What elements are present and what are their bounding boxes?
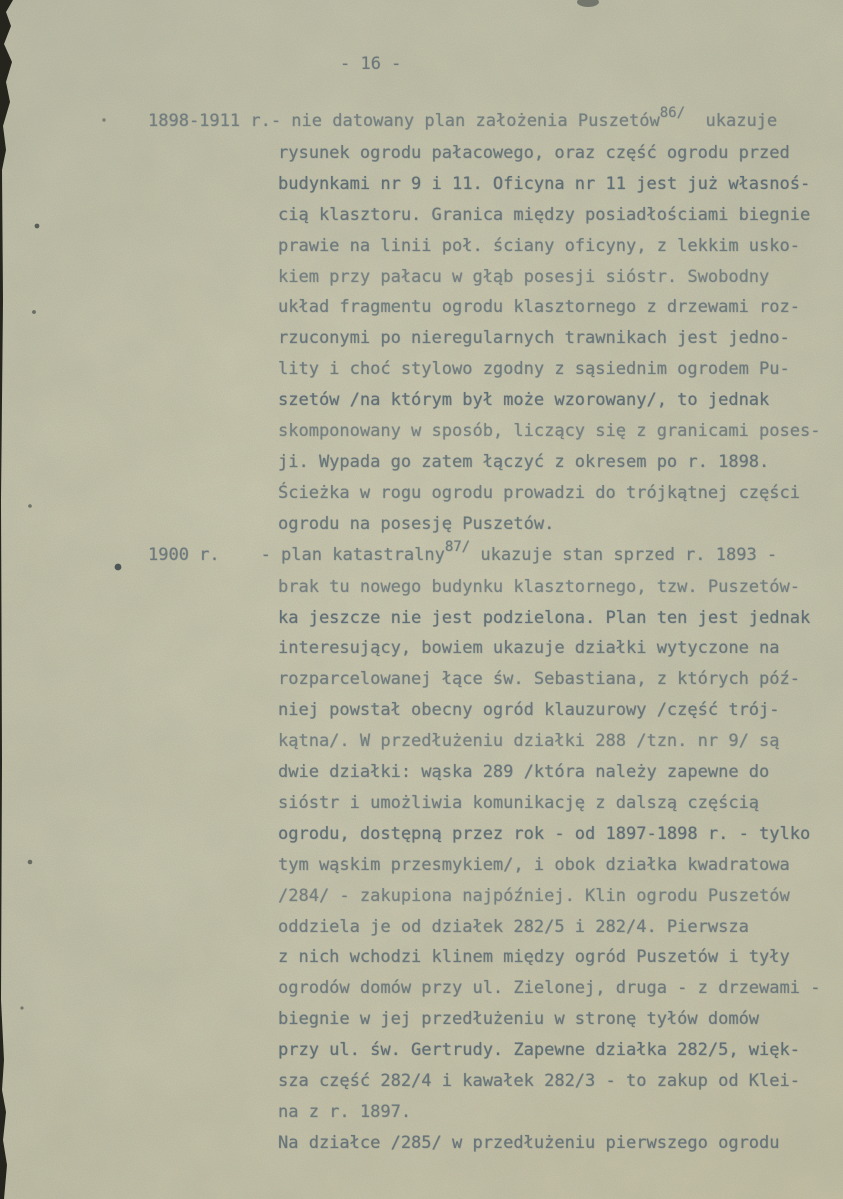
text-line: rzuconymi po nieregularnych trawnikach j… <box>148 323 843 354</box>
entry-date-and-text: 1900 r. - plan katastralny <box>148 545 445 565</box>
entry-text: ukazuje stan sprzed r. 1893 - <box>470 545 777 565</box>
text-line: prawie na linii poł. ściany oficyny, z l… <box>148 231 843 262</box>
text-line: rozparcelowanej łące św. Sebastiana, z k… <box>148 664 843 695</box>
text-line: sza część 282/4 i kawałek 282/3 - to zak… <box>148 1066 843 1097</box>
text-line: z nich wchodzi klinem między ogród Pusze… <box>148 942 843 973</box>
text-line: dwie działki: wąska 289 /która należy za… <box>148 757 843 788</box>
text-line: ogrodu, dostępną przez rok - od 1897-189… <box>148 819 843 850</box>
text-line: ogrodów domów przy ul. Zielonej, druga -… <box>148 973 843 1004</box>
footnote-ref: 87/ <box>445 532 470 563</box>
text-line: interesujący, bowiem ukazuje działki wyt… <box>148 633 843 664</box>
ink-speck <box>32 310 36 314</box>
text-line: skomponowany w sposób, liczący się z gra… <box>148 416 843 447</box>
text-line: ogrodu na posesję Puszetów. <box>148 509 843 540</box>
text-line: przy ul. św. Gertrudy. Zapewne działka 2… <box>148 1035 843 1066</box>
text-line: /284/ - zakupiona najpóźniej. Klin ogrod… <box>148 881 843 912</box>
ink-blot-top <box>577 0 599 7</box>
ink-speck <box>20 1006 23 1009</box>
text-line: na z r. 1897. <box>148 1097 843 1128</box>
text-line: ji. Wypada go zatem łączyć z okresem po … <box>148 447 843 478</box>
text-line: biegnie w jej przedłużeniu w stronę tyłó… <box>148 1004 843 1035</box>
ink-speck <box>115 564 122 571</box>
text-line: brak tu nowego budynku klasztornego, tzw… <box>148 572 843 603</box>
typewritten-text: 1898-1911 r.- nie datowany plan założeni… <box>148 106 843 1159</box>
entry-text: ukazuje <box>685 111 777 131</box>
ink-speck <box>28 504 32 508</box>
text-line: rysunek ogrodu pałacowego, oraz część og… <box>148 138 843 169</box>
ink-speck <box>35 224 40 229</box>
text-line: budynkami nr 9 i 11. Oficyna nr 11 jest … <box>148 169 843 200</box>
text-line: układ fragmentu ogrodu klasztornego z dr… <box>148 292 843 323</box>
text-line: 1900 r. - plan katastralny87/ ukazuje st… <box>148 540 843 572</box>
text-line: cią klasztoru. Granica między posiadłośc… <box>148 200 843 231</box>
text-line: sióstr i umożliwia komunikację z dalszą … <box>148 788 843 819</box>
text-line: kiem przy pałacu w głąb posesji sióstr. … <box>148 262 843 293</box>
torn-edge <box>0 0 13 1199</box>
footnote-ref: 86/ <box>660 98 685 129</box>
ink-speck <box>28 860 33 865</box>
text-line: szetów /na którym był może wzorowany/, t… <box>148 385 843 416</box>
text-line: niej powstał obecny ogród klauzurowy /cz… <box>148 695 843 726</box>
ink-speck <box>102 118 105 121</box>
scanned-page: - 16 - 1898-1911 r.- nie datowany plan z… <box>0 0 843 1199</box>
text-line: Na działce /285/ w przedłużeniu pierwsze… <box>148 1128 843 1159</box>
text-line: tym wąskim przesmykiem/, i obok działka … <box>148 850 843 881</box>
text-line: 1898-1911 r.- nie datowany plan założeni… <box>148 106 843 138</box>
text-line: lity i choć stylowo zgodny z sąsiednim o… <box>148 354 843 385</box>
text-line: Ścieżka w rogu ogrodu prowadzi do trójką… <box>148 478 843 509</box>
text-line: oddziela je od działek 282/5 i 282/4. Pi… <box>148 912 843 943</box>
page-number: - 16 - <box>340 54 401 74</box>
entry-date-and-text: 1898-1911 r.- nie datowany plan założeni… <box>148 111 660 131</box>
text-line: ka jeszcze nie jest podzielona. Plan ten… <box>148 603 843 634</box>
text-line: kątna/. W przedłużeniu działki 288 /tzn.… <box>148 726 843 757</box>
